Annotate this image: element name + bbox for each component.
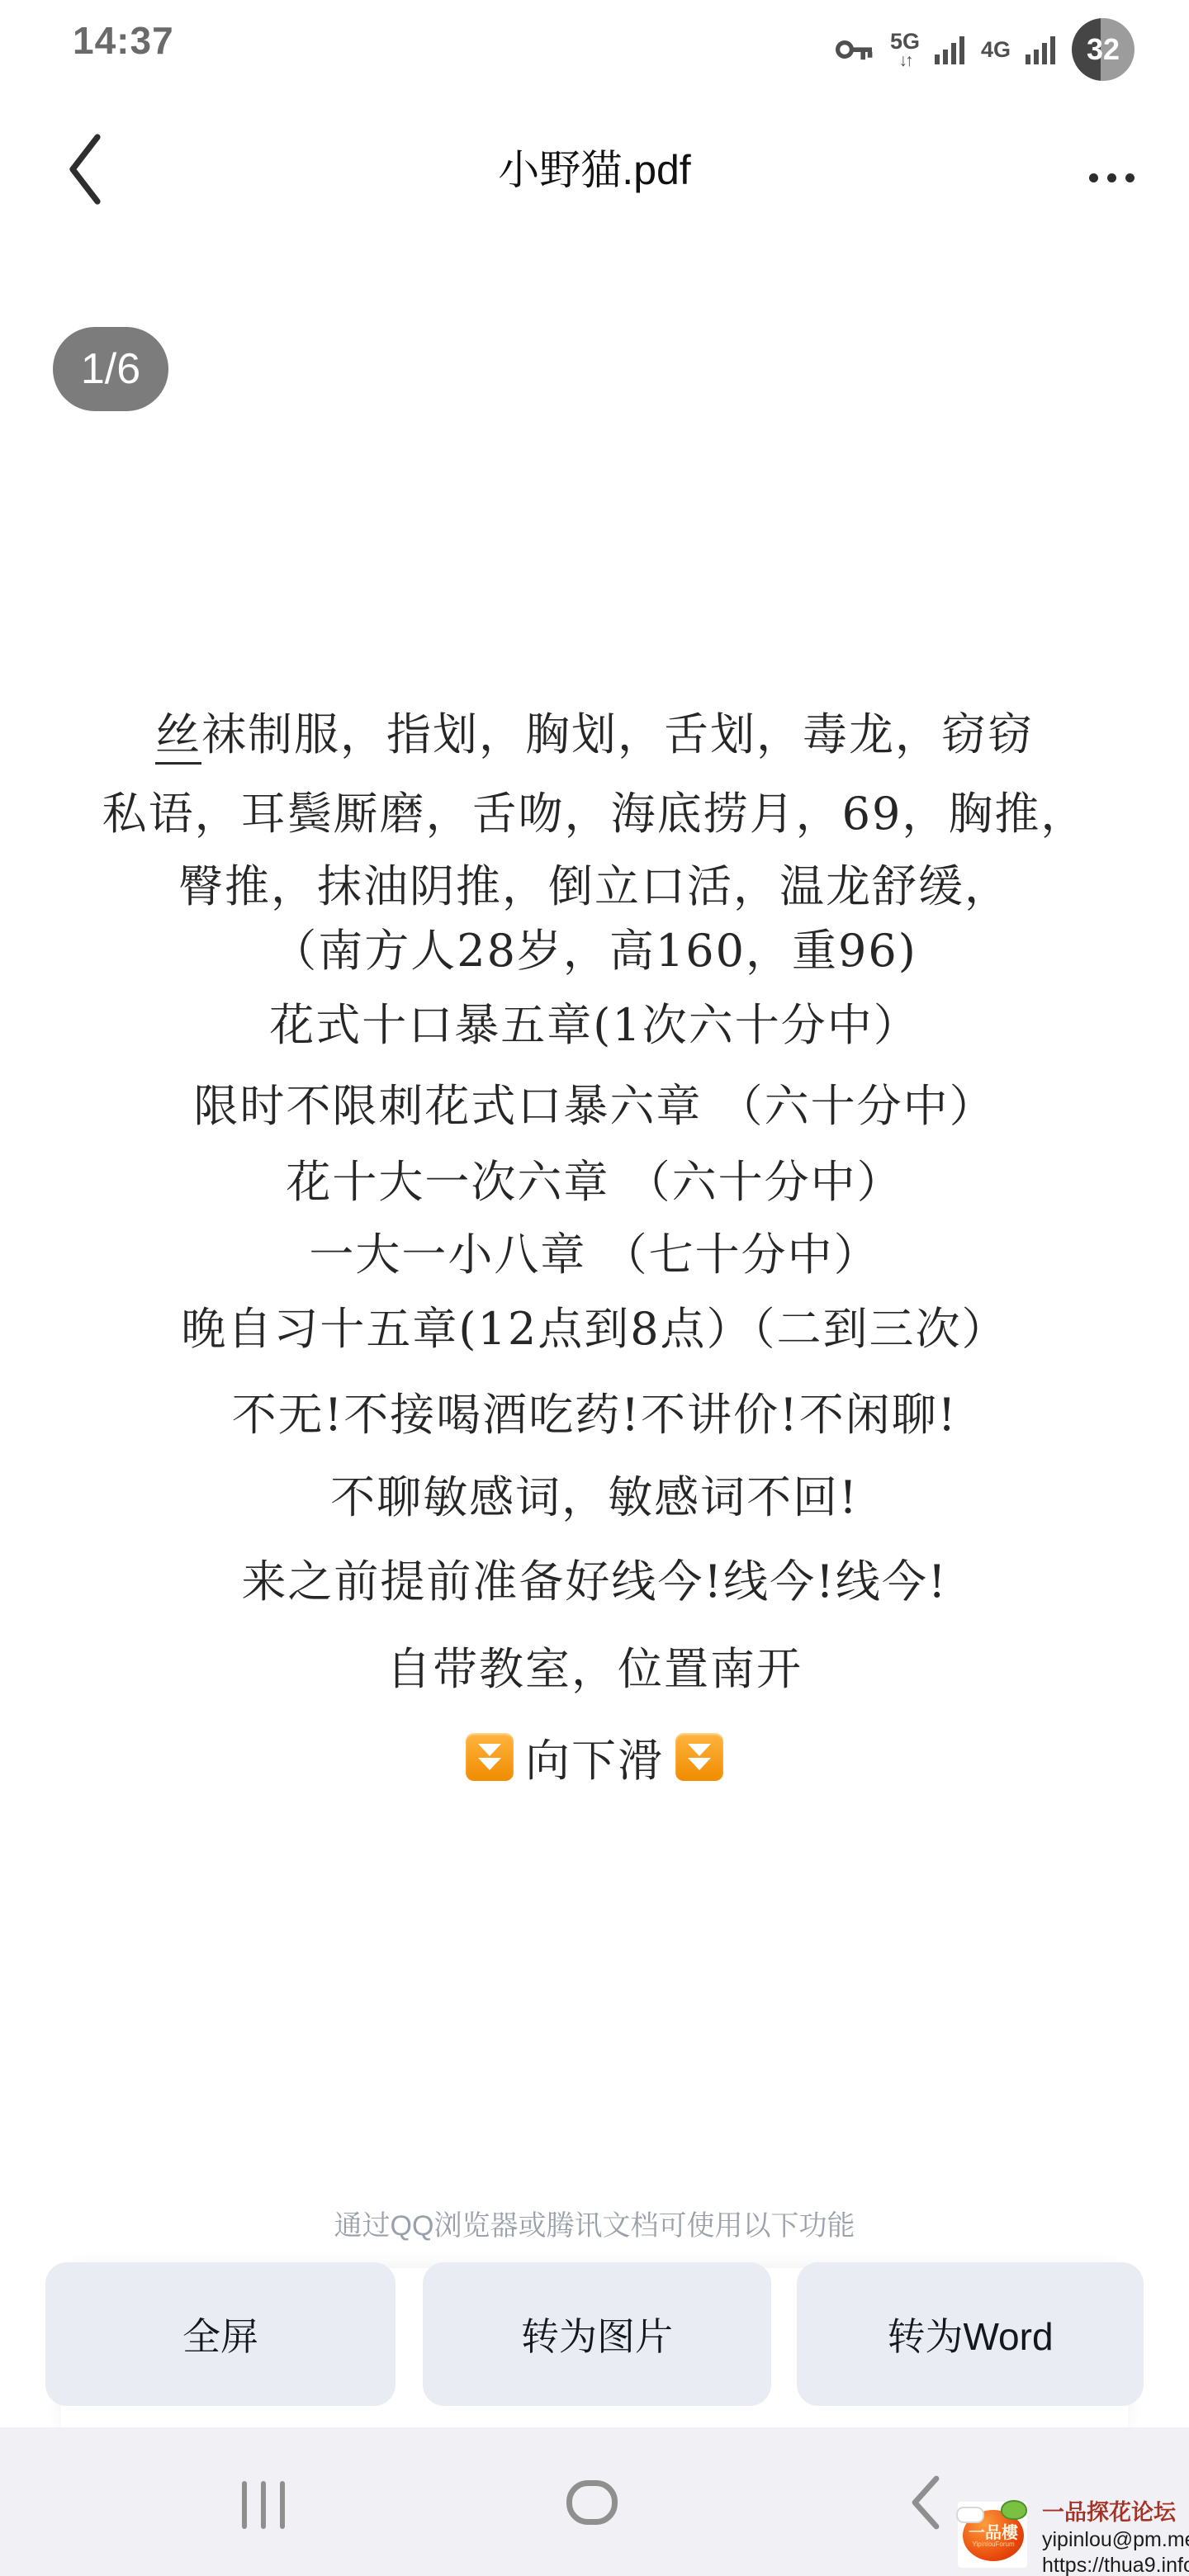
- scroll-hint-label: 向下滑: [525, 1726, 664, 1789]
- document-text-line: 自带教室，位置南开: [58, 1638, 1131, 1701]
- forum-email: yipinlou@pm.me: [1042, 2530, 1187, 2550]
- document-text-line: 花十大一次六章 （六十分中）: [58, 1151, 1131, 1214]
- document-text-line: 丝袜制服，指划，胸划，舌划，毒龙，窃窃: [58, 703, 1131, 766]
- document-text-line: 来之前提前准备好线今!线今!线今!: [58, 1551, 1131, 1613]
- scroll-down-hint: 向下滑: [0, 1726, 1189, 1788]
- document-text-line: （南方人28岁，高160，重96): [58, 920, 1131, 983]
- watermark-text: 一品探花论坛 yipinlou@pm.me https://thua9.info: [1042, 2502, 1187, 2576]
- convert-to-word-button[interactable]: 转为Word: [797, 2262, 1144, 2406]
- recents-button[interactable]: [242, 2481, 285, 2529]
- convert-to-image-button[interactable]: 转为图片: [423, 2262, 771, 2406]
- logo-cloud-icon: [956, 2507, 984, 2523]
- document-text-line: 晚自习十五章(12点到8点）（二到三次）: [58, 1298, 1131, 1361]
- home-button[interactable]: [566, 2480, 618, 2525]
- sheet-hint-text: 通过QQ浏览器或腾讯文档可使用以下功能: [0, 2203, 1189, 2243]
- logo-teapot-icon: [1001, 2500, 1027, 2520]
- document-text-line: 限时不限刺花式口暴六章 （六十分中）: [58, 1075, 1131, 1138]
- document-text-line: 一大一小八章 （七十分中）: [58, 1224, 1131, 1286]
- document-text-line: 不无!不接喝酒吃药!不讲价!不闲聊!: [58, 1384, 1131, 1447]
- document-text-line: 花式十口暴五章(1次六十分中）: [58, 994, 1131, 1057]
- forum-name: 一品探花论坛: [1042, 2502, 1187, 2524]
- forum-url: https://thua9.info: [1042, 2555, 1187, 2576]
- nav-back-button[interactable]: [907, 2475, 945, 2530]
- document-text-line: 臀推，抹油阴推，倒立口活，温龙舒缓，: [58, 855, 1131, 918]
- fast-down-icon: [675, 1733, 723, 1781]
- fast-down-icon: [466, 1733, 514, 1781]
- fullscreen-button[interactable]: 全屏: [45, 2262, 396, 2406]
- pdf-page: 丝袜制服，指划，胸划，舌划，毒龙，窃窃私语，耳鬓厮磨，舌吻，海底捞月，69，胸推…: [0, 0, 1189, 1982]
- document-text-line: 私语，耳鬓厮磨，舌吻，海底捞月，69，胸推，: [58, 783, 1131, 845]
- document-text-line: 不聊敏感词，敏感词不回!: [58, 1466, 1131, 1529]
